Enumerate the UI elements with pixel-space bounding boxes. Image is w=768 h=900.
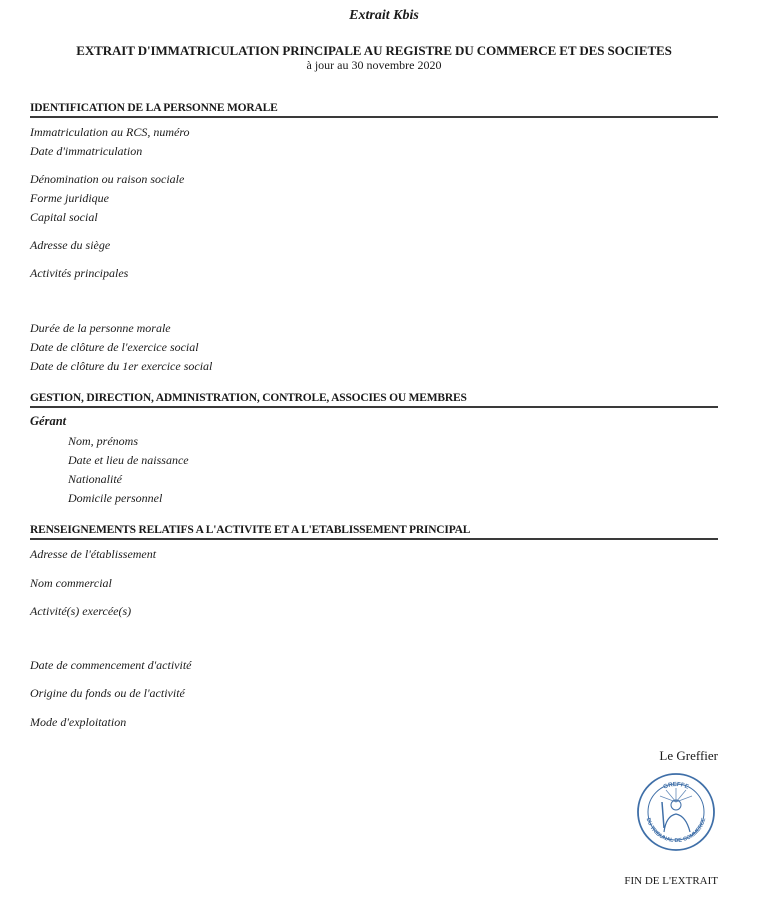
field-operating-mode: Mode d'exploitation [30,715,126,730]
section-header-activite: RENSEIGNEMENTS RELATIFS A L'ACTIVITE ET … [30,524,470,536]
field-origin: Origine du fonds ou de l'activité [30,686,185,701]
field-legal-form: Forme juridique [30,191,109,206]
field-fiscal-year-end: Date de clôture de l'exercice social [30,340,199,355]
court-seal-icon: GREFFE DU TRIBUNAL DE COMMERCE [636,772,716,852]
section-divider [30,538,718,540]
signatory: Le Greffier [659,748,718,764]
document-title: Extrait Kbis [0,8,768,24]
field-trade-name: Nom commercial [30,576,112,591]
main-heading: EXTRAIT D'IMMATRICULATION PRINCIPALE AU … [0,43,748,59]
field-personal-address: Domicile personnel [68,491,162,506]
field-main-activities: Activités principales [30,266,128,281]
field-nationality: Nationalité [68,472,122,487]
field-share-capital: Capital social [30,210,98,225]
field-rcs-number: Immatriculation au RCS, numéro [30,125,190,140]
svg-text:DU TRIBUNAL DE COMMERCE: DU TRIBUNAL DE COMMERCE [645,817,708,844]
section-divider [30,116,718,118]
field-company-name: Dénomination ou raison sociale [30,172,184,187]
field-first-fiscal-year-end: Date de clôture du 1er exercice social [30,359,212,374]
field-name: Nom, prénoms [68,434,138,449]
section-header-gestion: GESTION, DIRECTION, ADMINISTRATION, CONT… [30,392,467,404]
field-head-office-address: Adresse du siège [30,238,110,253]
update-date: à jour au 30 novembre 2020 [0,58,748,73]
section-divider [30,406,718,408]
field-activities: Activité(s) exercée(s) [30,604,131,619]
end-of-extract: FIN DE L'EXTRAIT [624,875,718,887]
field-registration-date: Date d'immatriculation [30,144,142,159]
section-header-identification: IDENTIFICATION DE LA PERSONNE MORALE [30,102,278,114]
field-start-date: Date de commencement d'activité [30,658,192,673]
field-duration: Durée de la personne morale [30,321,171,336]
field-establishment-address: Adresse de l'établissement [30,547,156,562]
field-birth-date-place: Date et lieu de naissance [68,453,189,468]
role-gerant: Gérant [30,414,66,429]
